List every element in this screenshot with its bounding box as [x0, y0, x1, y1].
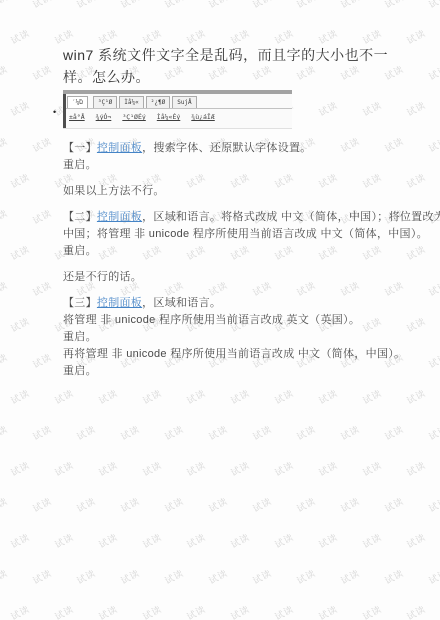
watermark-text: 试读 — [426, 566, 440, 587]
watermark-text: 试读 — [30, 494, 54, 515]
garbled-label-row: ±å°Å¾ýÓ¬³Ç¹ØÉýÌå¼«Éý¾ù¿áÎÆ — [66, 109, 292, 121]
watermark-text: 试读 — [52, 530, 76, 551]
watermark-text: 试读 — [8, 602, 32, 620]
watermark-text: 试读 — [0, 494, 10, 515]
watermark-text: 试读 — [404, 602, 428, 620]
watermark-text: 试读 — [228, 458, 252, 479]
watermark-text: 试读 — [184, 602, 208, 620]
watermark-text: 试读 — [338, 422, 362, 443]
text-line: 再将管理 非 unicode 程序所使用当前语言改成 中文（简体，中国）。 — [63, 346, 440, 363]
embedded-garbled-screenshot: ′¼Ώ³Ç¹ØÌå¼«²¿¶ØSujÅ ±å°Å¾ýÓ¬³Ç¹ØÉýÌå¼«Éý… — [63, 90, 292, 129]
garbled-label: Ìå¼«Éý — [157, 113, 180, 121]
page-title: win7 系统文件文字全是乱码，而且字的大小也不一样。怎么办。 — [63, 44, 405, 88]
text-segment: ，区域和语言。 — [142, 297, 221, 309]
text-line: 重启。 — [63, 157, 440, 174]
paragraph-block: 还是不行的话。 — [63, 269, 440, 286]
document-content: win7 系统文件文字全是乱码，而且字的大小也不一样。怎么办。 • ′¼Ώ³Ç¹… — [0, 0, 440, 380]
watermark-text: 试读 — [118, 566, 142, 587]
text-segment: 中国；将管理 非 unicode 程序所使用当前语言改成 中文（简体，中国）。 — [63, 228, 428, 240]
watermark-text: 试读 — [96, 458, 120, 479]
watermark-text: 试读 — [162, 494, 186, 515]
watermark-text: 试读 — [250, 494, 274, 515]
watermark-text: 试读 — [206, 566, 230, 587]
watermark-text: 试读 — [52, 602, 76, 620]
text-segment: 如果以上方法不行。 — [63, 185, 165, 197]
text-line: 将管理 非 unicode 程序所使用当前语言改成 英文（英国）。 — [63, 312, 440, 329]
garbled-tab: ³Ç¹Ø — [93, 96, 117, 108]
paragraph-block: 如果以上方法不行。 — [63, 183, 440, 200]
watermark-text: 试读 — [74, 494, 98, 515]
watermark-text: 试读 — [206, 422, 230, 443]
text-segment: 重启。 — [63, 245, 97, 257]
watermark-text: 试读 — [404, 458, 428, 479]
watermark-text: 试读 — [30, 422, 54, 443]
watermark-text: 试读 — [360, 458, 384, 479]
watermark-text: 试读 — [382, 494, 406, 515]
text-line: 重启。 — [63, 329, 440, 346]
text-line: 【三】控制面板，区域和语言。 — [63, 295, 440, 312]
watermark-text: 试读 — [228, 602, 252, 620]
document-page: 试读试读试读试读试读试读试读试读试读试读试读试读试读试读试读试读试读试读试读试读… — [0, 0, 440, 620]
watermark-text: 试读 — [8, 386, 32, 407]
watermark-text: 试读 — [118, 494, 142, 515]
watermark-text: 试读 — [96, 386, 120, 407]
text-segment: 将管理 非 unicode 程序所使用当前语言改成 英文（英国）。 — [63, 314, 360, 326]
watermark-text: 试读 — [250, 422, 274, 443]
watermark-text: 试读 — [360, 386, 384, 407]
watermark-text: 试读 — [206, 494, 230, 515]
watermark-text: 试读 — [228, 530, 252, 551]
text-segment: 重启。 — [63, 365, 97, 377]
text-segment: 【二】 — [63, 211, 97, 223]
watermark-text: 试读 — [162, 422, 186, 443]
watermark-text: 试读 — [316, 602, 340, 620]
watermark-text: 试读 — [382, 566, 406, 587]
text-segment: 重启。 — [63, 331, 97, 343]
paragraph-block: 【一】控制面板，搜索字体、还原默认字体设置。重启。 — [63, 140, 440, 174]
watermark-text: 试读 — [140, 530, 164, 551]
watermark-text: 试读 — [316, 458, 340, 479]
watermark-text: 试读 — [404, 386, 428, 407]
watermark-text: 试读 — [0, 422, 10, 443]
watermark-text: 试读 — [426, 422, 440, 443]
text-segment: 再将管理 非 unicode 程序所使用当前语言改成 中文（简体，中国）。 — [63, 348, 405, 360]
screenshot-row: • ′¼Ώ³Ç¹ØÌå¼«²¿¶ØSujÅ ±å°Å¾ýÓ¬³Ç¹ØÉýÌå¼«… — [63, 90, 440, 129]
text-segment: ，搜索字体、还原默认字体设置。 — [142, 142, 312, 154]
garbled-tab: ′¼Ώ — [67, 96, 88, 108]
text-line: 重启。 — [63, 363, 440, 380]
watermark-text: 试读 — [140, 602, 164, 620]
text-line: 【二】控制面板，区域和语言。将格式改成 中文（简体，中国）；将位置改为 — [63, 209, 440, 226]
watermark-text: 试读 — [294, 494, 318, 515]
watermark-text: 试读 — [338, 566, 362, 587]
control-panel-link[interactable]: 控制面板 — [97, 142, 142, 154]
text-line: 中国；将管理 非 unicode 程序所使用当前语言改成 中文（简体，中国）。 — [63, 226, 440, 243]
text-segment: ，区域和语言。将格式改成 中文（简体，中国）；将位置改为 — [142, 211, 440, 223]
watermark-text: 试读 — [140, 458, 164, 479]
watermark-text: 试读 — [162, 566, 186, 587]
text-segment: 【一】 — [63, 142, 97, 154]
watermark-text: 试读 — [52, 458, 76, 479]
watermark-text: 试读 — [228, 386, 252, 407]
garbled-label: ³Ç¹ØÉý — [122, 113, 145, 121]
text-segment: 重启。 — [63, 159, 97, 171]
list-bullet: • — [53, 108, 56, 117]
garbled-tab-strip: ′¼Ώ³Ç¹ØÌå¼«²¿¶ØSujÅ — [66, 94, 292, 109]
text-line: 【一】控制面板，搜索字体、还原默认字体设置。 — [63, 140, 440, 157]
watermark-text: 试读 — [30, 566, 54, 587]
watermark-text: 试读 — [184, 386, 208, 407]
watermark-text: 试读 — [382, 422, 406, 443]
garbled-label: ¾ýÓ¬ — [96, 113, 112, 121]
watermark-text: 试读 — [184, 458, 208, 479]
garbled-label: ¾ù¿áÎÆ — [191, 113, 214, 121]
watermark-text: 试读 — [118, 422, 142, 443]
watermark-text: 试读 — [360, 530, 384, 551]
text-segment: 【三】 — [63, 297, 97, 309]
watermark-text: 试读 — [74, 422, 98, 443]
watermark-text: 试读 — [8, 458, 32, 479]
garbled-tab: Ìå¼« — [119, 96, 143, 108]
watermark-text: 试读 — [96, 602, 120, 620]
garbled-tab: ²¿¶Ø — [146, 96, 170, 108]
watermark-text: 试读 — [52, 386, 76, 407]
text-segment: 还是不行的话。 — [63, 271, 142, 283]
control-panel-link[interactable]: 控制面板 — [97, 211, 142, 223]
watermark-text: 试读 — [272, 530, 296, 551]
watermark-text: 试读 — [426, 494, 440, 515]
watermark-text: 试读 — [316, 386, 340, 407]
watermark-text: 试读 — [272, 386, 296, 407]
watermark-text: 试读 — [404, 530, 428, 551]
control-panel-link[interactable]: 控制面板 — [97, 297, 142, 309]
screenshot-body: ′¼Ώ³Ç¹ØÌå¼«²¿¶ØSujÅ ±å°Å¾ýÓ¬³Ç¹ØÉýÌå¼«Éý… — [63, 94, 292, 129]
paragraph-area: 【一】控制面板，搜索字体、还原默认字体设置。重启。如果以上方法不行。【二】控制面… — [63, 140, 440, 380]
garbled-label: ±å°Å — [69, 113, 85, 121]
watermark-text: 试读 — [338, 494, 362, 515]
watermark-text: 试读 — [316, 530, 340, 551]
paragraph-block: 【三】控制面板，区域和语言。将管理 非 unicode 程序所使用当前语言改成 … — [63, 295, 440, 380]
watermark-text: 试读 — [8, 530, 32, 551]
watermark-text: 试读 — [360, 602, 384, 620]
watermark-text: 试读 — [294, 566, 318, 587]
watermark-text: 试读 — [0, 566, 10, 587]
watermark-text: 试读 — [184, 530, 208, 551]
text-line: 如果以上方法不行。 — [63, 183, 440, 200]
paragraph-block: 【二】控制面板，区域和语言。将格式改成 中文（简体，中国）；将位置改为中国；将管… — [63, 209, 440, 260]
watermark-text: 试读 — [272, 602, 296, 620]
watermark-text: 试读 — [294, 422, 318, 443]
watermark-text: 试读 — [250, 566, 274, 587]
watermark-text: 试读 — [140, 386, 164, 407]
watermark-text: 试读 — [96, 530, 120, 551]
watermark-text: 试读 — [74, 566, 98, 587]
watermark-text: 试读 — [272, 458, 296, 479]
text-line: 重启。 — [63, 243, 440, 260]
garbled-tab: SujÅ — [172, 96, 196, 108]
text-line: 还是不行的话。 — [63, 269, 440, 286]
